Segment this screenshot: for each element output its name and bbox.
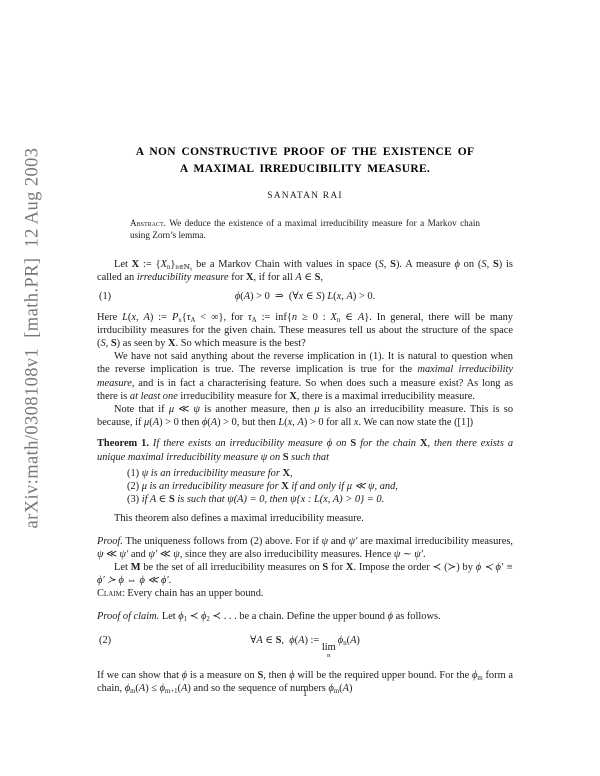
page: { "watermark": { "text": "arXiv:math/030…	[0, 0, 600, 776]
theorem-label: Theorem 1.	[97, 438, 149, 449]
paper-page: A NON CONSTRUCTIVE PROOF OF THE EXISTENC…	[97, 144, 513, 695]
theorem-body: If there exists an irreducibility measur…	[97, 438, 513, 462]
proof-paragraph: Proof. The uniqueness follows from (2) a…	[97, 535, 513, 561]
display-equation-2: (2) ∀A ∈ S, ϕ(A) := limn ϕn(A)	[97, 634, 513, 660]
page-number: 1	[97, 689, 513, 699]
proof-of-claim-paragraph: Proof of claim. Let ϕ1 ≺ ϕ2 ≺ . . . be a…	[97, 610, 513, 623]
arxiv-watermark: arXiv:math/0308108v1 [math.PR] 12 Aug 20…	[23, 148, 44, 529]
list-item: (3) if A ∈ S is such that ψ(A) = 0, then…	[97, 493, 513, 506]
paper-title: A NON CONSTRUCTIVE PROOF OF THE EXISTENC…	[131, 144, 479, 177]
paragraph: This theorem also defines a maximal irre…	[97, 512, 513, 525]
lim-subscript: n	[327, 653, 330, 660]
paragraph: We have not said anything about the reve…	[97, 350, 513, 403]
abstract: Abstract. We deduce the existence of a m…	[130, 218, 480, 241]
claim-line: Claim: Every chain has an upper bound.	[97, 587, 513, 600]
display-equation-1: (1) ϕ(A) > 0 ⇒ (∀x ∈ S) L(x, A) > 0.	[97, 290, 513, 303]
abstract-text: We deduce the existence of a maximal irr…	[130, 218, 480, 240]
equation-label: (1)	[99, 290, 111, 303]
equation-post: ϕn(A)	[336, 635, 360, 646]
equation-content: ϕ(A) > 0 ⇒ (∀x ∈ S) L(x, A) > 0.	[235, 291, 375, 302]
equation-content: ∀A ∈ S, ϕ(A) := limn ϕn(A)	[250, 635, 360, 646]
equation-label: (2)	[99, 634, 111, 647]
abstract-label: Abstract.	[130, 218, 166, 228]
equation-pre: ∀A ∈ S, ϕ(A) :=	[250, 635, 322, 646]
theorem: Theorem 1. If there exists an irreducibi…	[97, 437, 513, 463]
paragraph: Let M be the set of all irreducibility m…	[97, 561, 513, 587]
list-item: (1) ψ is an irreducibility measure for X…	[97, 467, 513, 480]
limit-operator: limn	[322, 643, 336, 660]
document-body: Let X := {Xn}n∈ℕ₀ be a Markov Chain with…	[97, 258, 513, 695]
paragraph: Note that if μ ≪ ψ is another measure, t…	[97, 403, 513, 429]
paper-author: SANATAN RAI	[97, 191, 513, 201]
paragraph: Let X := {Xn}n∈ℕ₀ be a Markov Chain with…	[97, 258, 513, 284]
list-item: (2) μ is an irreducibility measure for X…	[97, 480, 513, 493]
paragraph: Here L(x, A) := Px{τA < ∞}, for τA := in…	[97, 311, 513, 351]
